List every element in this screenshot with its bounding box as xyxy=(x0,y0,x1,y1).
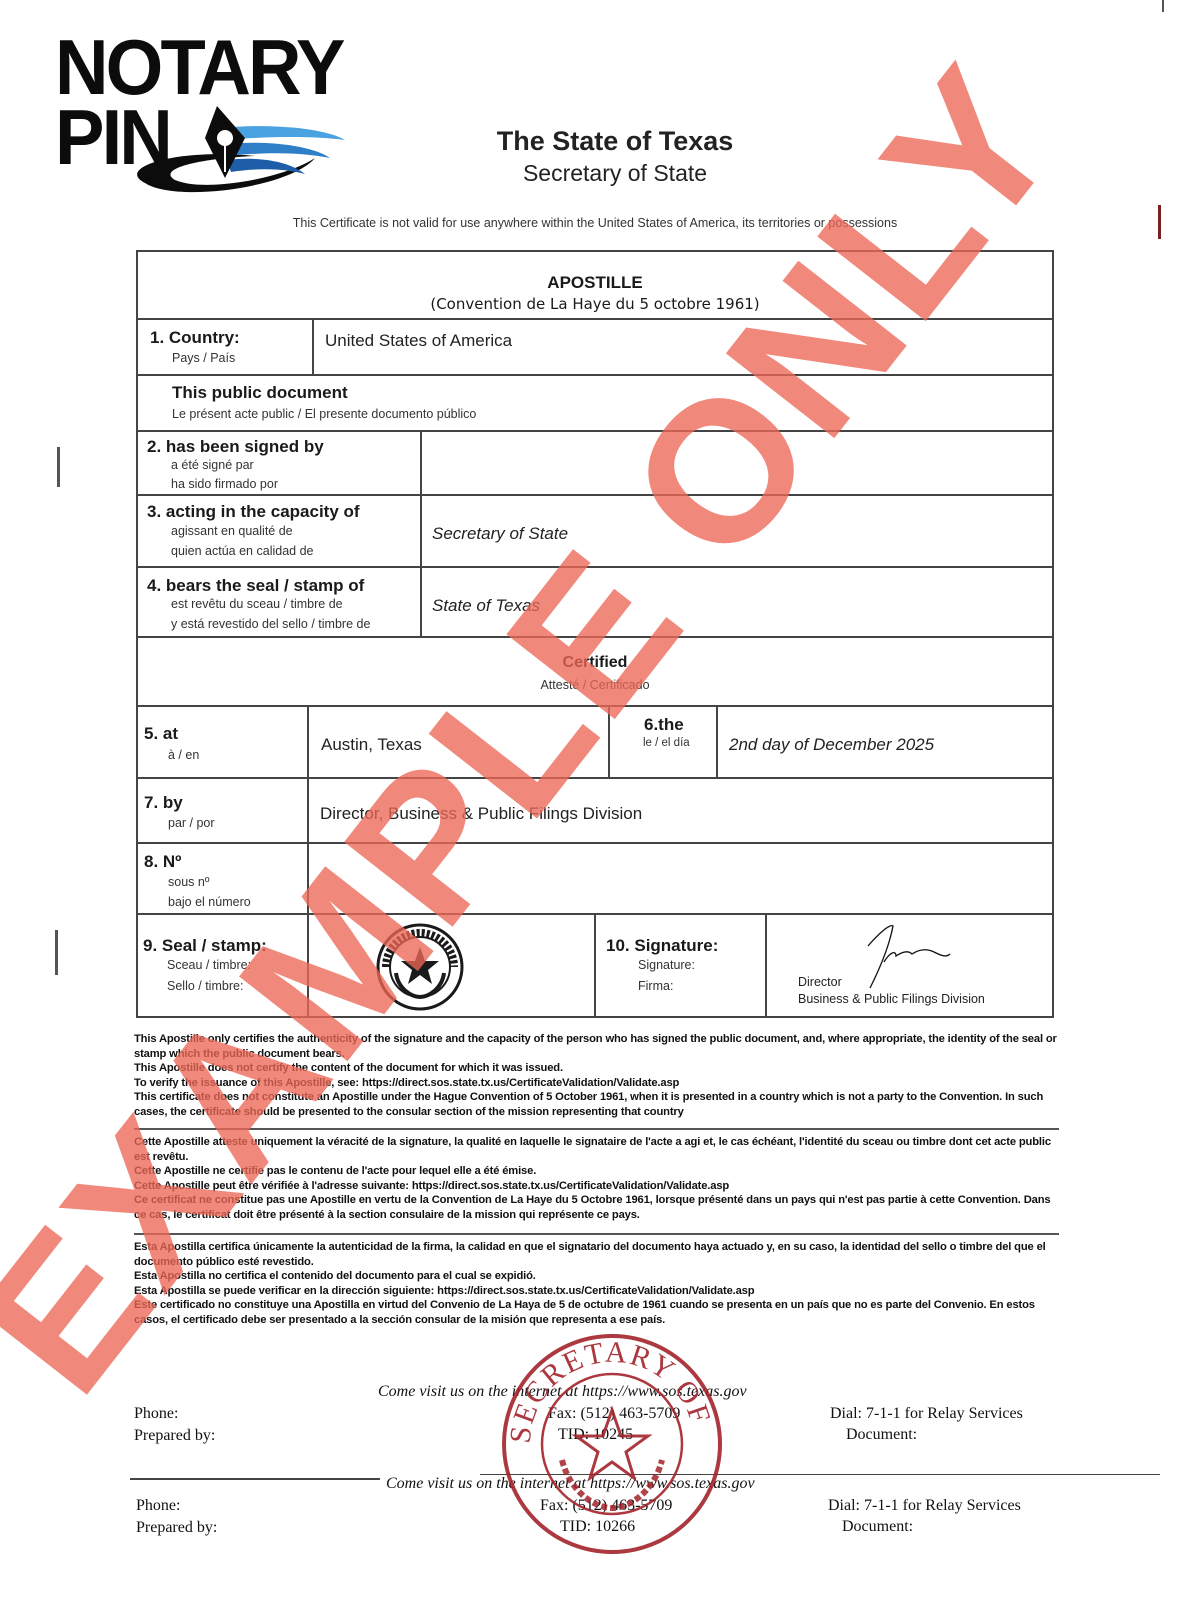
row-divider xyxy=(136,374,1054,376)
row-divider xyxy=(136,842,1054,844)
public-document-label: This public document xyxy=(172,383,348,403)
fine-print-spanish: Esta Apostilla certifica únicamente la a… xyxy=(134,1240,1059,1327)
row-divider xyxy=(136,636,1054,638)
handwritten-signature-icon xyxy=(860,922,960,992)
document-subtitle: Secretary of State xyxy=(380,160,850,187)
apostille-form xyxy=(136,250,1054,1018)
seal-of-label: 4. bears the seal / stamp of xyxy=(147,576,364,596)
date-sublabel: le / el día xyxy=(643,737,690,749)
capacity-sublabel-es: quien actúa en calidad de xyxy=(171,544,313,558)
signature-label: 10. Signature: xyxy=(606,936,718,956)
convention-reference: (Convention de La Haye du 5 octobre 1961… xyxy=(136,295,1054,313)
validity-note: This Certificate is not valid for use an… xyxy=(160,216,1030,230)
date-label: 6.the xyxy=(644,715,684,735)
fine-print-line: This Apostille only certifies the authen… xyxy=(134,1032,1059,1061)
footer-document-label: Document: xyxy=(842,1518,913,1536)
country-value: United States of America xyxy=(325,331,512,351)
fine-print-line: This certificate does not constitute an … xyxy=(134,1090,1059,1119)
at-label: 5. at xyxy=(144,724,178,744)
fine-print-line: Este certificado no constituye una Apost… xyxy=(134,1298,1059,1327)
number-label: 8. Nº xyxy=(144,852,181,872)
fine-print-line: To verify the issuance of this Apostille… xyxy=(134,1076,1059,1091)
fine-print-line: Esta Apostilla no certifica el contenido… xyxy=(134,1269,1059,1284)
row-divider xyxy=(136,566,1054,568)
fine-print-line: This Apostille does not certify the cont… xyxy=(134,1061,1059,1076)
signature-sublabel-es: Firma: xyxy=(638,979,673,993)
capacity-label: 3. acting in the capacity of xyxy=(147,502,360,522)
country-label: 1. Country: xyxy=(150,328,240,348)
fine-print-line: Cette Apostille atteste uniquement la vé… xyxy=(134,1135,1059,1164)
apostille-title: APOSTILLE xyxy=(136,273,1054,293)
document-title: The State of Texas xyxy=(380,126,850,157)
scan-edge-mark xyxy=(1158,205,1161,239)
signed-by-sublabel-es: ha sido firmado por xyxy=(171,477,278,491)
fine-print-line: Cette Apostille ne certifie pas le conte… xyxy=(134,1164,1059,1179)
country-sublabel: Pays / País xyxy=(172,351,235,365)
date-value: 2nd day of December 2025 xyxy=(729,735,934,755)
seal-of-sublabel-fr: est revêtu du sceau / timbre de xyxy=(171,597,343,611)
seal-stamp-sublabel-es: Sello / timbre: xyxy=(167,979,243,993)
certified-sublabel: Attesté / Certificado xyxy=(136,678,1054,692)
by-label: 7. by xyxy=(144,793,183,813)
footer-document-label: Document: xyxy=(846,1426,917,1444)
by-value: Director, Business & Public Filings Divi… xyxy=(320,804,642,824)
fine-print-line: Esta Apostilla se puede verificar en la … xyxy=(134,1284,1059,1299)
col-divider xyxy=(608,705,610,778)
fine-print-line: Ce certificat ne constitue pas une Apost… xyxy=(134,1193,1059,1222)
secretary-of-state-seal-icon: SECRETARY OF STATE xyxy=(500,1332,725,1557)
signed-by-label: 2. has been signed by xyxy=(147,437,324,457)
notary-pin-logo: NOTARY PIN xyxy=(55,28,355,198)
certified-label: Certified xyxy=(136,654,1054,672)
signer-division: Business & Public Filings Division xyxy=(798,992,985,1006)
capacity-value: Secretary of State xyxy=(432,524,568,544)
footer-prepared-label: Prepared by: xyxy=(136,1519,217,1537)
number-sublabel-es: bajo el número xyxy=(168,895,251,909)
footer-relay: Dial: 7-1-1 for Relay Services xyxy=(828,1497,1021,1515)
col-divider xyxy=(420,430,422,637)
footer-rule xyxy=(130,1478,380,1480)
fine-print-english: This Apostille only certifies the authen… xyxy=(134,1032,1059,1119)
col-divider xyxy=(307,705,309,1018)
fine-print-line: Esta Apostilla certifica únicamente la a… xyxy=(134,1240,1059,1269)
row-divider xyxy=(136,430,1054,432)
footer-relay: Dial: 7-1-1 for Relay Services xyxy=(830,1405,1023,1423)
row-divider xyxy=(136,705,1054,707)
footer-prepared-label: Prepared by: xyxy=(134,1427,215,1445)
scan-edge-mark xyxy=(1162,0,1164,12)
public-document-sublabel: Le présent acte public / El presente doc… xyxy=(172,407,476,421)
footer-phone-label: Phone: xyxy=(134,1405,178,1423)
col-divider xyxy=(312,318,314,375)
at-sublabel: à / en xyxy=(168,748,199,762)
row-divider xyxy=(136,318,1054,320)
scan-edge-mark xyxy=(55,930,58,975)
texas-state-seal-icon xyxy=(376,923,464,1011)
seal-of-value: State of Texas xyxy=(432,596,540,616)
svg-text:SECRETARY OF STATE: SECRETARY OF STATE xyxy=(500,1332,719,1445)
row-divider xyxy=(136,494,1054,496)
signature-sublabel-fr: Signature: xyxy=(638,958,695,972)
seal-stamp-label: 9. Seal / stamp: xyxy=(143,936,267,956)
footer-phone-label: Phone: xyxy=(136,1497,180,1515)
seal-of-sublabel-es: y está revestido del sello / timbre de xyxy=(171,617,370,631)
scan-edge-mark xyxy=(57,447,60,487)
number-sublabel-fr: sous nº xyxy=(168,875,209,889)
col-divider xyxy=(594,913,596,1018)
fine-print-divider xyxy=(134,1233,1059,1235)
col-divider xyxy=(716,705,718,778)
fine-print-line: Cette Apostille peut être vérifiée à l'a… xyxy=(134,1179,1059,1194)
fine-print-divider xyxy=(134,1128,1059,1130)
row-divider xyxy=(136,777,1054,779)
signer-title: Director xyxy=(798,975,842,989)
at-value: Austin, Texas xyxy=(321,735,422,755)
fine-print-french: Cette Apostille atteste uniquement la vé… xyxy=(134,1135,1059,1222)
seal-stamp-sublabel-fr: Sceau / timbre: xyxy=(167,958,251,972)
col-divider xyxy=(765,913,767,1018)
by-sublabel: par / por xyxy=(168,816,215,830)
logo-line-2: PIN xyxy=(55,98,170,176)
capacity-sublabel-fr: agissant en qualité de xyxy=(171,524,293,538)
signed-by-sublabel-fr: a été signé par xyxy=(171,458,254,472)
